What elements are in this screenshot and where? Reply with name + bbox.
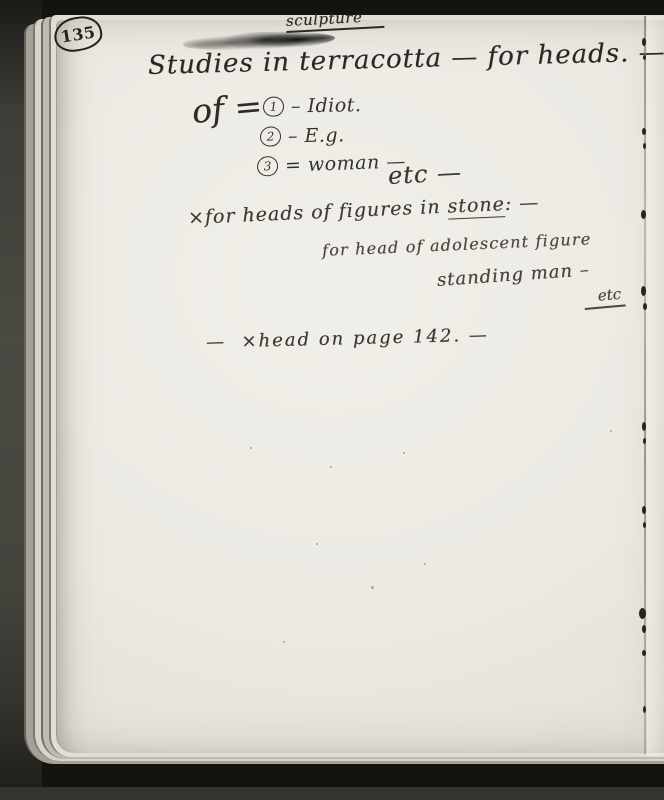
page-content: 135 sculpture Studies in terracotta — fo…	[0, 0, 664, 800]
paper-speck	[403, 452, 405, 454]
notebook-photo: 135 sculpture Studies in terracotta — fo…	[0, 0, 664, 800]
paper-speck	[371, 586, 374, 589]
crease-mark	[642, 422, 646, 431]
crease-mark	[642, 650, 646, 656]
crease-mark	[643, 522, 646, 528]
paper-speck	[424, 563, 426, 565]
crease-mark	[643, 706, 646, 713]
stone-line-post: : —	[504, 192, 539, 215]
paper-speck	[316, 543, 318, 545]
gutter-crease	[644, 16, 646, 754]
page-number: 135	[59, 22, 96, 46]
crease-mark	[642, 625, 646, 633]
list-item: 2 – E.g.	[260, 124, 345, 147]
stone-word: stone	[447, 193, 505, 219]
stone-line-pre: ×for heads of figures in	[187, 196, 447, 229]
paper-speck	[610, 430, 612, 432]
list-item-text: – E.g.	[288, 124, 345, 147]
crease-mark	[643, 143, 646, 149]
paper-speck	[330, 466, 332, 468]
of-label: of =	[190, 87, 263, 131]
list-item: 3 = woman —	[257, 150, 406, 177]
crease-mark	[643, 438, 646, 444]
reference-line: — ×head on page 142. —	[206, 326, 489, 354]
crease-mark	[642, 38, 646, 46]
paper-speck	[283, 641, 285, 643]
crease-mark	[639, 608, 646, 619]
etc-note: etc —	[387, 159, 462, 190]
circled-number: 1	[263, 96, 284, 116]
crease-mark	[641, 286, 646, 296]
correction-word: sculpture	[285, 8, 384, 33]
page-number-badge: 135	[52, 13, 105, 54]
crease-mark	[643, 55, 646, 60]
crease-mark	[641, 210, 646, 219]
stone-line: ×for heads of figures in stone: —	[188, 193, 540, 230]
crease-mark	[642, 128, 646, 135]
crease-mark	[643, 303, 647, 310]
adolescent-line: for head of adolescent figure	[322, 230, 592, 260]
list-item: 1 – Idiot.	[263, 94, 362, 118]
paper-speck	[250, 447, 252, 449]
circled-number: 3	[257, 156, 279, 177]
circled-number: 2	[260, 126, 281, 146]
etc-note-2: etc	[583, 285, 626, 310]
crease-mark	[642, 506, 646, 514]
list-item-text: – Idiot.	[291, 94, 362, 117]
standing-line: standing man –	[436, 260, 590, 291]
